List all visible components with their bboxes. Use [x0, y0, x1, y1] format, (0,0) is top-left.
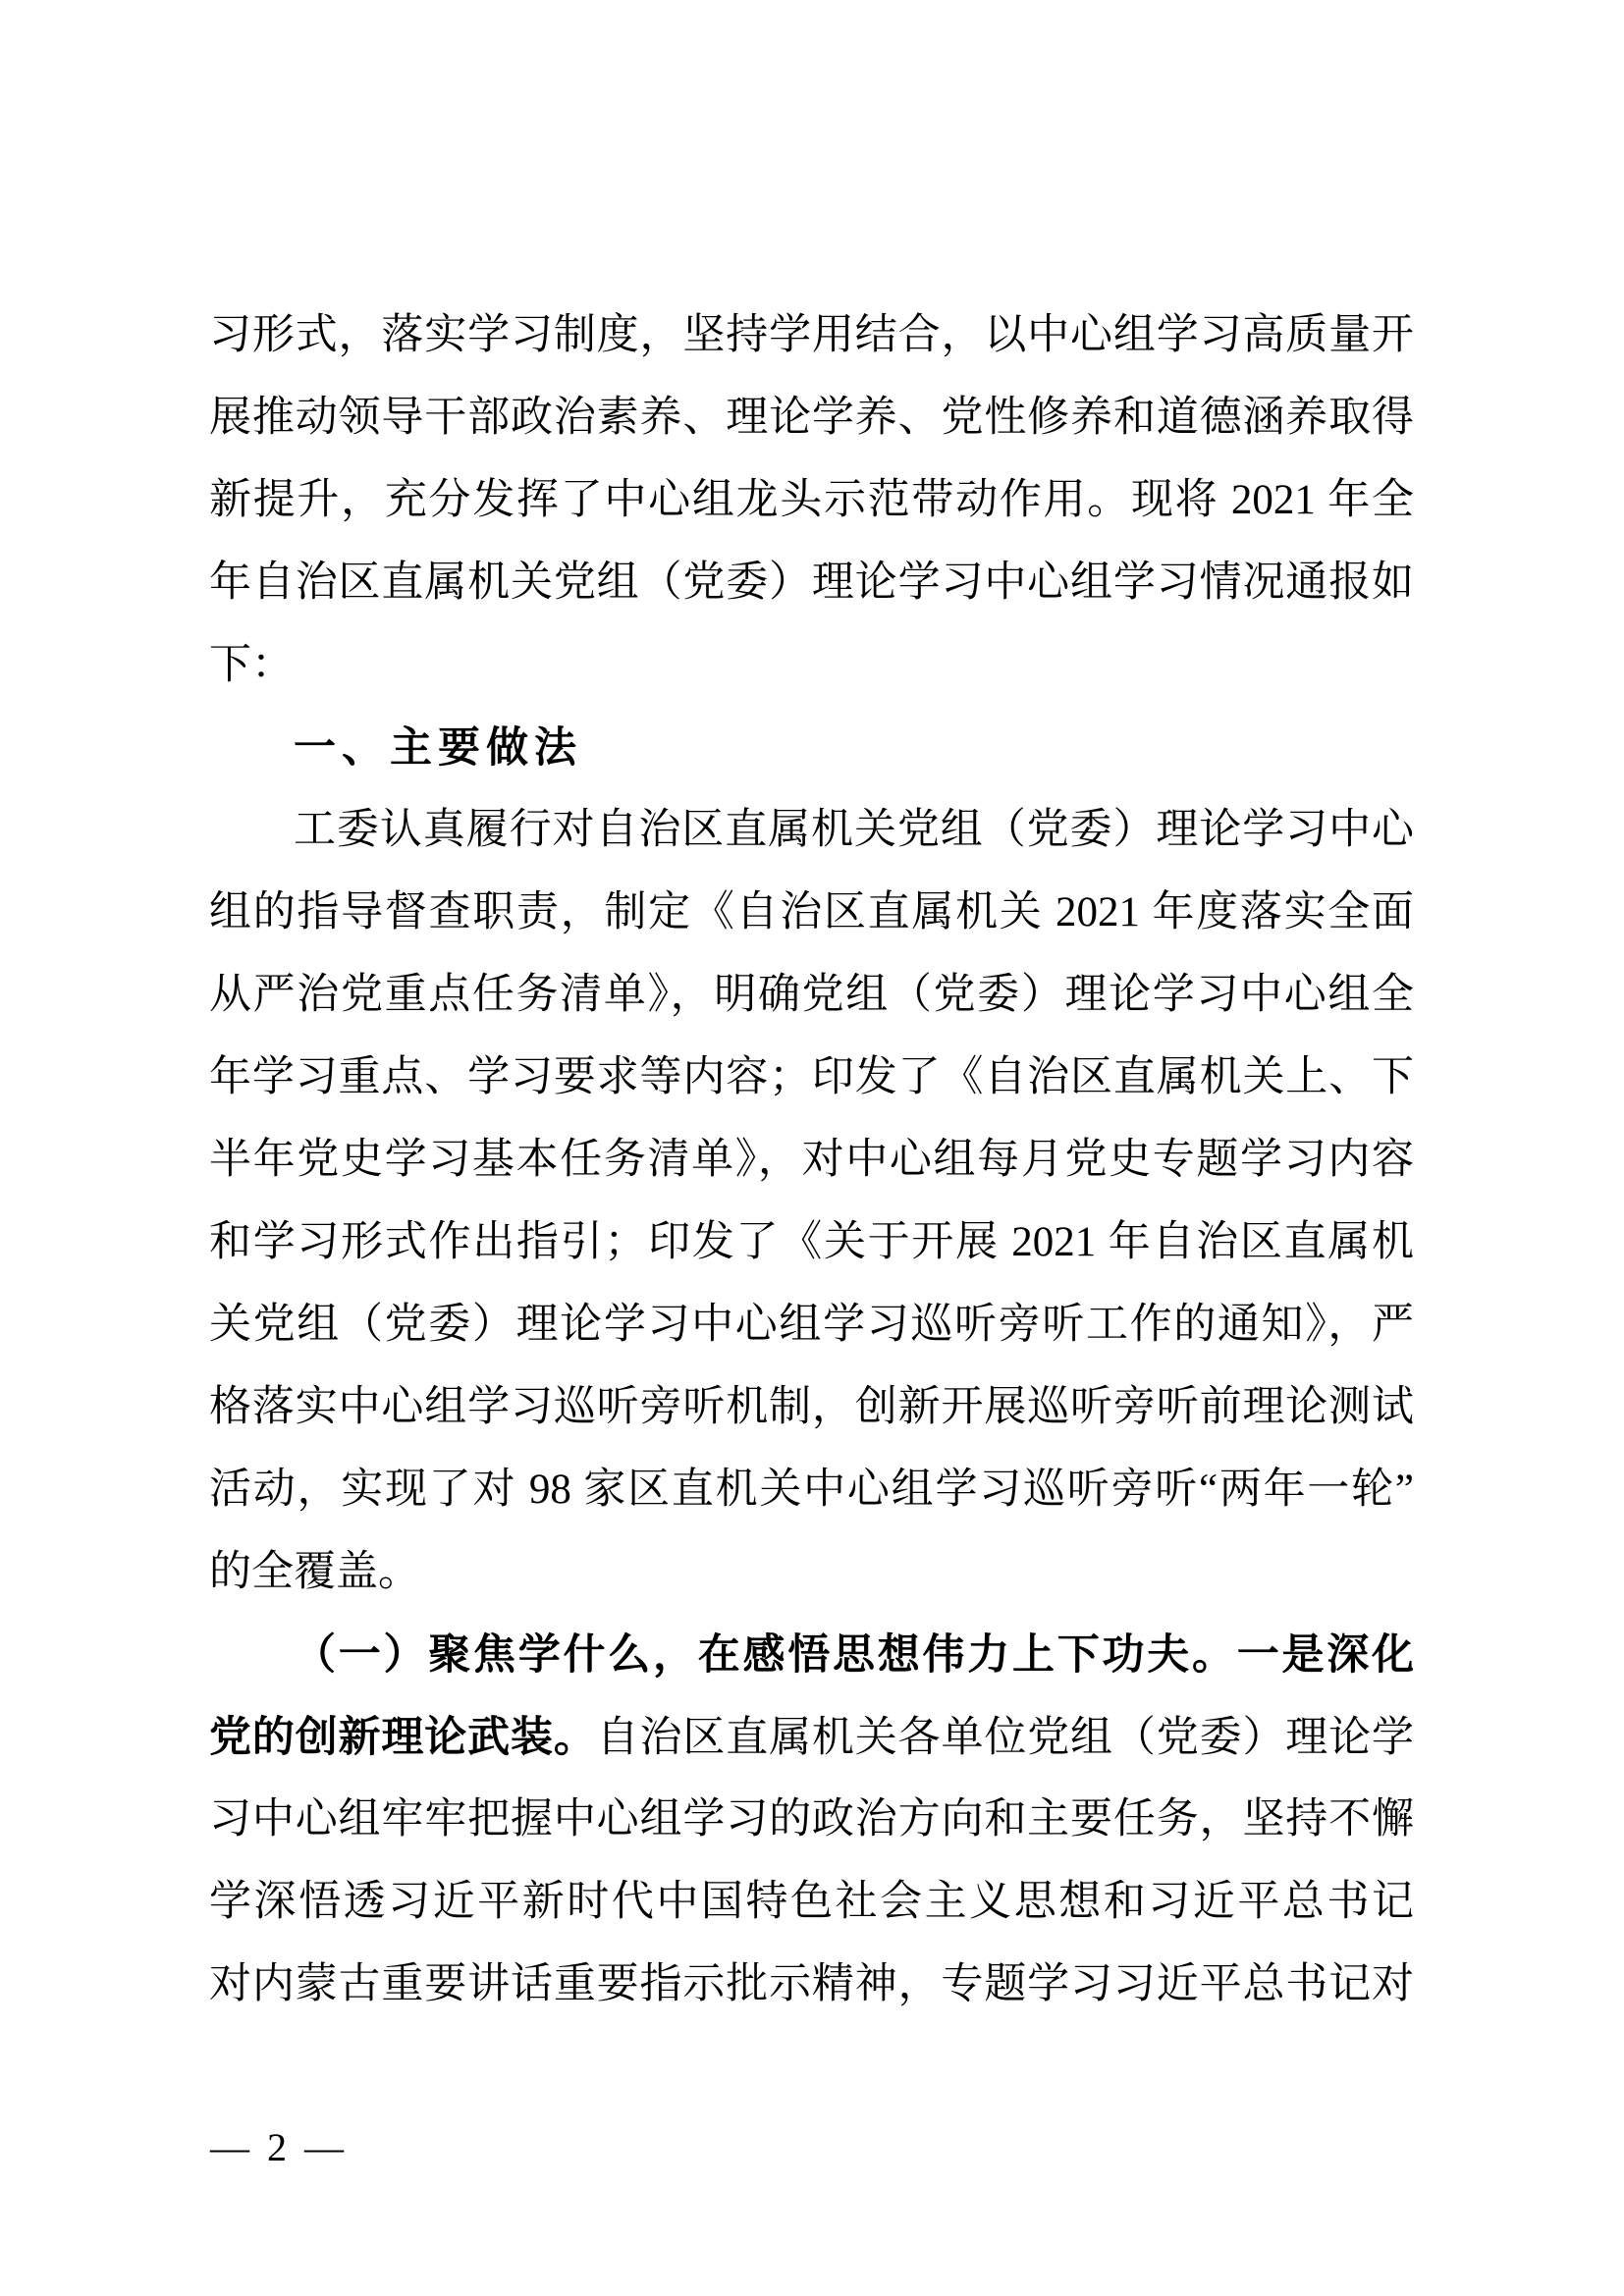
text-line: 的全覆盖。	[209, 1531, 1414, 1614]
page-number: — 2 —	[210, 2122, 348, 2173]
text-line: 组的指导督查职责，制定《自治区直属机关 2021 年度落实全面	[209, 872, 1414, 954]
text-run: 年学习重点、学习要求等内容；印发了《自治区直属机关上、下	[209, 1054, 1414, 1100]
text-run: 活动，实现了对 98 家区直机关中心组学习巡听旁听“两年一轮”	[209, 1467, 1414, 1513]
emphasis-kaiti-run: （一）聚焦学什么，在感悟思想伟力上下功夫。	[294, 1632, 1237, 1679]
text-run: 自治区直属机关各单位党组（党委）理论学	[597, 1715, 1414, 1761]
section-heading: 一、主要做法	[209, 707, 1414, 789]
text-line: 新提升，充分发挥了中心组龙头示范带动作用。现将 2021 年全	[209, 459, 1414, 542]
text-line: （一）聚焦学什么，在感悟思想伟力上下功夫。一是深化	[209, 1614, 1414, 1696]
text-line: 半年党史学习基本任务清单》，对中心组每月党史专题学习内容	[209, 1119, 1414, 1201]
text-run: 组的指导督查职责，制定《自治区直属机关 2021 年度落实全面	[209, 889, 1414, 935]
text-line: 对内蒙古重要讲话重要指示批示精神，专题学习习近平总书记对	[209, 1944, 1414, 2026]
text-run: 下：	[209, 642, 294, 688]
text-line: 关党组（党委）理论学习中心组学习巡听旁听工作的通知》，严	[209, 1284, 1414, 1366]
text-run: 工委认真履行对自治区直属机关党组（党委）理论学习中心	[294, 807, 1414, 853]
text-line: 格落实中心组学习巡听旁听机制，创新开展巡听旁听前理论测试	[209, 1366, 1414, 1449]
document-body: 习形式，落实学习制度，坚持学用结合，以中心组学习高质量开 展推动领导干部政治素养…	[209, 294, 1414, 2026]
text-line: 党的创新理论武装。自治区直属机关各单位党组（党委）理论学	[209, 1696, 1414, 1779]
text-line: 学深悟透习近平新时代中国特色社会主义思想和习近平总书记	[209, 1861, 1414, 1944]
emphasis-heiti-run: 一是深化	[1237, 1631, 1414, 1679]
text-run: 半年党史学习基本任务清单》，对中心组每月党史专题学习内容	[209, 1137, 1414, 1183]
text-run: 习形式，落实学习制度，坚持学用结合，以中心组学习高质量开	[209, 312, 1414, 358]
text-line: 活动，实现了对 98 家区直机关中心组学习巡听旁听“两年一轮”	[209, 1449, 1414, 1531]
text-line: 下：	[209, 624, 1414, 707]
text-run: 格落实中心组学习巡听旁听机制，创新开展巡听旁听前理论测试	[209, 1384, 1414, 1430]
text-run: 年自治区直属机关党组（党委）理论学习中心组学习情况通报如	[209, 560, 1414, 606]
text-line: 习形式，落实学习制度，坚持学用结合，以中心组学习高质量开	[209, 294, 1414, 377]
emphasis-heiti-run: 党的创新理论武装。	[209, 1714, 597, 1761]
heading-text: 一、主要做法	[294, 724, 582, 772]
text-run: 习中心组牢牢把握中心组学习的政治方向和主要任务，坚持不懈	[209, 1796, 1414, 1842]
text-run: 和学习形式作出指引；印发了《关于开展 2021 年自治区直属机	[209, 1219, 1414, 1265]
text-run: 从严治党重点任务清单》，明确党组（党委）理论学习中心组全	[209, 972, 1414, 1018]
text-run: 展推动领导干部政治素养、理论学养、党性修养和道德涵养取得	[209, 395, 1414, 441]
text-line: 年自治区直属机关党组（党委）理论学习中心组学习情况通报如	[209, 542, 1414, 624]
text-line: 习中心组牢牢把握中心组学习的政治方向和主要任务，坚持不懈	[209, 1779, 1414, 1861]
text-line: 年学习重点、学习要求等内容；印发了《自治区直属机关上、下	[209, 1037, 1414, 1119]
text-line: 和学习形式作出指引；印发了《关于开展 2021 年自治区直属机	[209, 1201, 1414, 1284]
text-run: 学深悟透习近平新时代中国特色社会主义思想和习近平总书记	[209, 1879, 1414, 1925]
text-run: 新提升，充分发挥了中心组龙头示范带动作用。现将 2021 年全	[209, 477, 1414, 523]
text-line: 从严治党重点任务清单》，明确党组（党委）理论学习中心组全	[209, 954, 1414, 1037]
document-page: 习形式，落实学习制度，坚持学用结合，以中心组学习高质量开 展推动领导干部政治素养…	[0, 0, 1624, 2296]
text-line: 展推动领导干部政治素养、理论学养、党性修养和道德涵养取得	[209, 377, 1414, 459]
text-run: 对内蒙古重要讲话重要指示批示精神，专题学习习近平总书记对	[209, 1961, 1414, 2007]
text-run: 关党组（党委）理论学习中心组学习巡听旁听工作的通知》，严	[209, 1302, 1414, 1348]
text-run: 的全覆盖。	[209, 1549, 420, 1595]
text-line: 工委认真履行对自治区直属机关党组（党委）理论学习中心	[209, 789, 1414, 872]
